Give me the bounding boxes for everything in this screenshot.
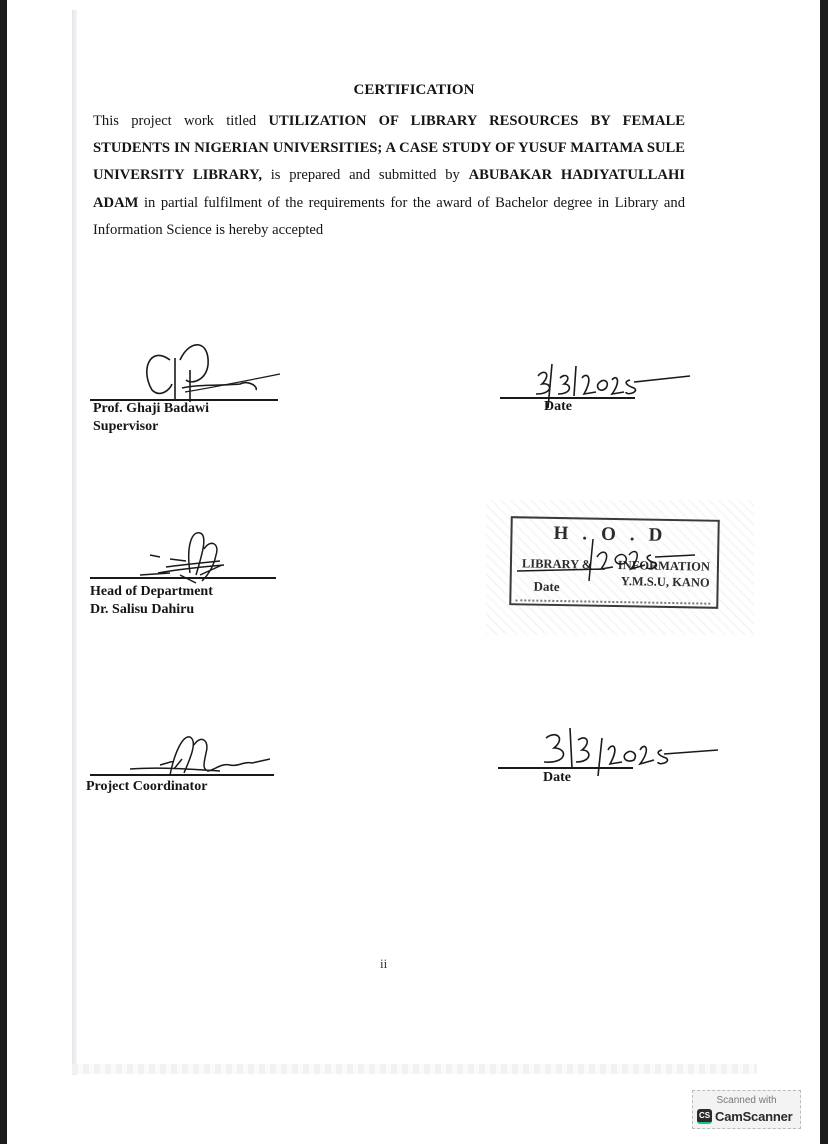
hod-handwritten-date [505,535,705,585]
camscanner-watermark: Scanned with CS CamScanner [692,1090,801,1129]
paragraph-closing: in partial fulfilment of the requirement… [93,195,685,238]
supervisor-date-label: Date [544,399,572,415]
paragraph-intro: This project work titled [93,113,269,129]
hod-role: Head of Department [90,584,213,600]
scan-left-shadow [72,10,77,1075]
watermark-caption: Scanned with [693,1095,800,1106]
paragraph-middle: is prepared and submitted by [262,167,469,183]
page-number: ii [380,956,387,972]
camscanner-logo-icon: CS [697,1109,712,1124]
coordinator-date-label: Date [543,770,571,786]
supervisor-role: Supervisor [93,419,158,435]
page-title: CERTIFICATION [0,82,828,99]
coordinator-signature [110,725,280,785]
coordinator-role: Project Coordinator [86,779,207,795]
stamp-dotted-line [515,597,710,604]
certification-paragraph: This project work titled UTILIZATION OF … [93,108,685,244]
watermark-brand: CamScanner [715,1109,792,1124]
watermark-brand-row: CS CamScanner [697,1109,792,1124]
hod-name: Dr. Salisu Dahiru [90,602,194,618]
scan-bottom-edge [72,1064,757,1074]
supervisor-name: Prof. Ghaji Badawi [93,401,209,417]
